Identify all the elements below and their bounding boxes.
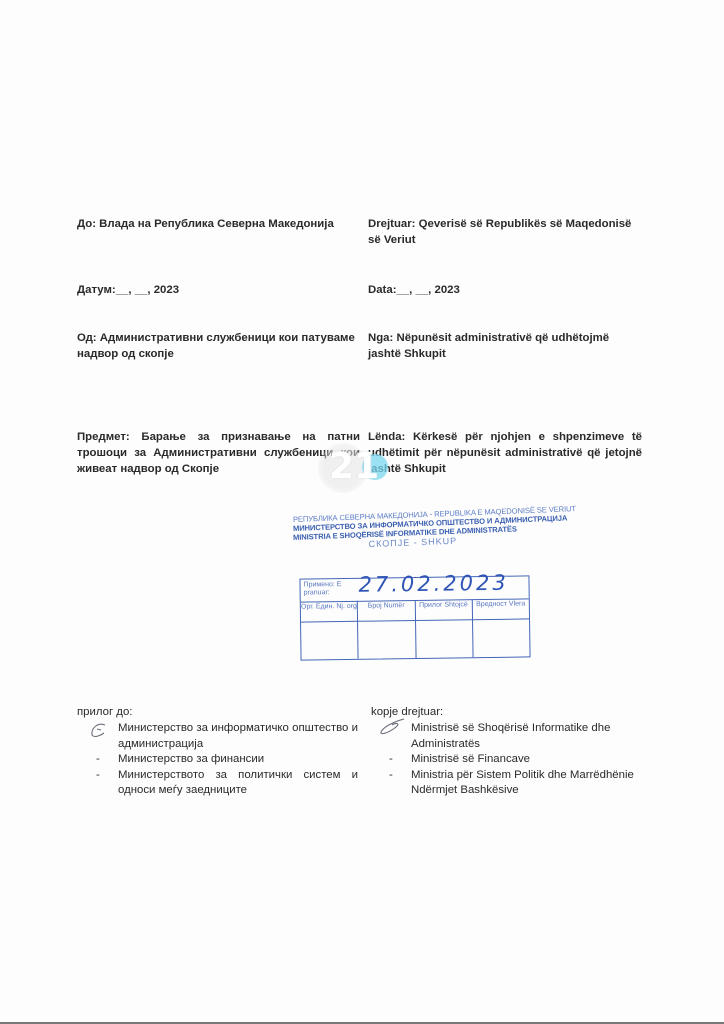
stamp-col-attachment: Прилог Shtojcë bbox=[415, 599, 472, 621]
cc-item-sq: Ministrisë së Shoqërisë Informatike dhe … bbox=[411, 721, 651, 752]
cc-item-mk: -Министерството за политички систем и од… bbox=[118, 768, 358, 799]
sender-mk: Од: Административни службеници кои патув… bbox=[77, 330, 360, 362]
handwritten-check-icon bbox=[88, 721, 110, 739]
cc-list-mk: Министерство за информатичко општество и… bbox=[118, 721, 358, 799]
stamp-received-date: 27.02.2023 bbox=[358, 571, 509, 597]
stamp-col-org-unit: Орг. Един. Nj. org bbox=[301, 601, 358, 623]
subject-sq: Lënda: Kërkesë për njohjen e shpenzimeve… bbox=[368, 429, 642, 477]
stamp-registry-table: Примено: E pranuar: 27.02.2023 Орг. Един… bbox=[299, 575, 530, 660]
stamp-received-label: Примено: E pranuar: bbox=[303, 581, 353, 598]
handwritten-loop-icon bbox=[378, 717, 408, 737]
date-sq: Data:__, __, 2023 bbox=[368, 282, 642, 298]
cc-item-sq: -Ministrisë së Financave bbox=[411, 752, 651, 768]
stamp-col-number: Број Numër bbox=[358, 600, 415, 622]
document-page: До: Влада на Република Северна Македониј… bbox=[0, 0, 724, 1024]
date-mk: Датум:__, __, 2023 bbox=[77, 282, 360, 298]
cc-item-mk: -Министерство за финансии bbox=[118, 752, 358, 768]
cc-item-mk: Министерство за информатичко општество и… bbox=[118, 721, 358, 752]
addressee-mk: До: Влада на Република Северна Македониј… bbox=[77, 216, 360, 232]
cc-list-sq: Ministrisë së Shoqërisë Informatike dhe … bbox=[411, 721, 651, 799]
addressee-sq: Drejtuar: Qeverisë së Republikës së Maqe… bbox=[368, 216, 642, 248]
sender-sq: Nga: Nëpunësit administrativë që udhëtoj… bbox=[368, 330, 642, 362]
logo-21-watermark-icon: 21 bbox=[318, 443, 368, 493]
cc-item-sq: -Ministria për Sistem Politik dhe Marrëd… bbox=[411, 768, 651, 799]
registry-stamp: РЕПУБЛИКА СЕВЕРНА МАКЕДОНИЈА - REPUBLIKA… bbox=[293, 515, 533, 552]
stamp-col-value: Вредност Vlera bbox=[472, 598, 529, 620]
cc-title-mk: прилог до: bbox=[77, 706, 132, 718]
